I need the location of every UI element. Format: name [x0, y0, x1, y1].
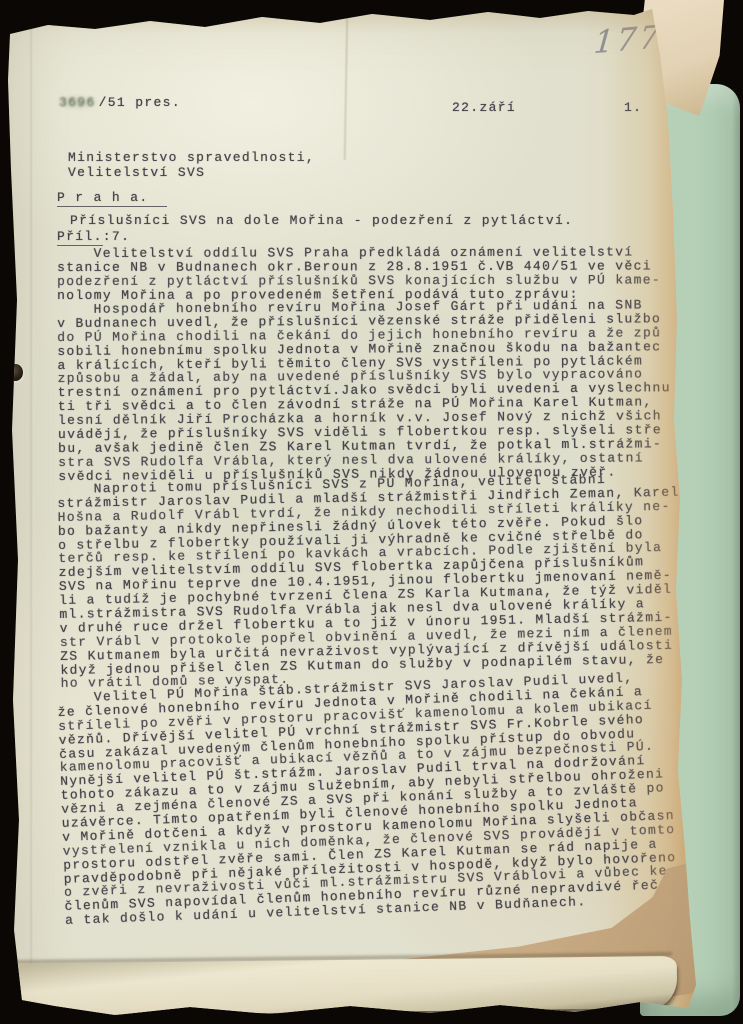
enclosures-value: :7.: [103, 229, 130, 244]
punch-hole: [8, 364, 23, 381]
end-mark: . .: [612, 933, 657, 950]
scanned-document-photo: 3696/51 pres. 22.září 1. Ministerstvo sp…: [0, 0, 743, 1024]
city-line: P r a h a.: [57, 190, 167, 207]
reference-number: 3696/51 pres.: [56, 95, 181, 110]
reference-suffix: /51 pres.: [99, 95, 181, 110]
typed-text-layer: 3696/51 pres. 22.září 1. Ministerstvo sp…: [0, 0, 743, 1024]
smudged-number: 3696: [56, 94, 99, 111]
page-curl-bottom: [5, 956, 678, 1016]
paragraph: Naproti tomu příslušníci SVS z PÚ Mořina…: [57, 471, 706, 691]
left-margin-crease: [30, 20, 32, 980]
city-text: P r a h a.: [57, 190, 167, 207]
addressee-block: Ministerstvo spravedlnosti, Velitelství …: [68, 151, 315, 180]
text-line: Velitelství oddílu SVS Praha předkládá o…: [57, 245, 702, 261]
text-line: podezření z pytláctví příslušníků SVS ko…: [57, 273, 702, 289]
document-page: 3696/51 pres. 22.září 1. Ministerstvo sp…: [0, 0, 743, 1024]
addressee-line: Ministerstvo spravedlnosti,: [68, 151, 315, 166]
paragraph: Velitelství oddílu SVS Praha předkládá o…: [57, 245, 702, 302]
document-body: Velitelství oddílu SVS Praha předkládá o…: [57, 247, 702, 928]
paragraph: Hospodář honebního revíru Mořina Josef G…: [57, 297, 703, 483]
page-number: 1.: [624, 100, 642, 115]
enclosures-label: Příl.: [57, 229, 103, 246]
handwritten-folio-number: 177: [593, 19, 664, 61]
paragraph: Velitel PÚ Mořina štáb.strážmistr SVS Ja…: [57, 668, 710, 927]
addressee-line: Velitelství SVS: [68, 166, 315, 181]
enclosures-line: Příl.:7.: [57, 229, 130, 244]
date: 22.září: [452, 100, 516, 115]
subject-line: Příslušníci SVS na dole Mořina - podezře…: [70, 213, 573, 228]
